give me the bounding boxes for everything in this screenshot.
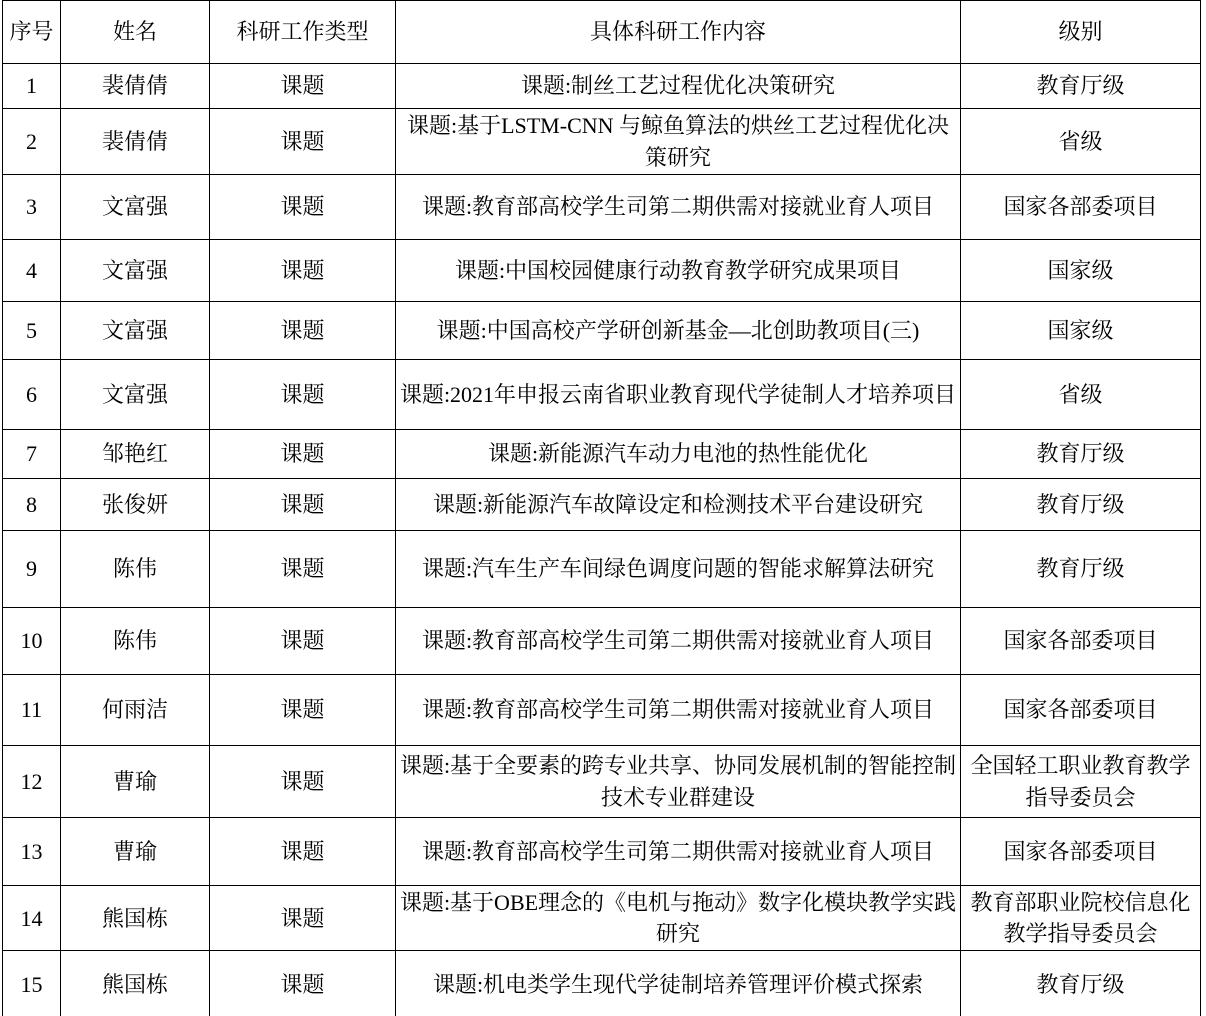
- table-row: 9 陈伟 课题 课题:汽车生产车间绿色调度问题的智能求解算法研究 教育厅级: [3, 531, 1201, 608]
- cell-name: 邹艳红: [61, 430, 210, 479]
- cell-content: 课题:基于OBE理念的《电机与拖动》数字化模块教学实践研究: [396, 886, 961, 951]
- table-row: 10 陈伟 课题 课题:教育部高校学生司第二期供需对接就业育人项目 国家各部委项…: [3, 608, 1201, 675]
- cell-level: 教育厅级: [961, 430, 1201, 479]
- table-row: 3 文富强 课题 课题:教育部高校学生司第二期供需对接就业育人项目 国家各部委项…: [3, 175, 1201, 240]
- cell-content: 课题:教育部高校学生司第二期供需对接就业育人项目: [396, 608, 961, 675]
- cell-level: 教育厅级: [961, 64, 1201, 109]
- cell-index: 15: [3, 951, 61, 1016]
- cell-name: 曹瑜: [61, 746, 210, 818]
- table-row: 12 曹瑜 课题 课题:基于全要素的跨专业共享、协同发展机制的智能控制技术专业群…: [3, 746, 1201, 818]
- cell-name: 熊国栋: [61, 951, 210, 1016]
- cell-index: 12: [3, 746, 61, 818]
- cell-index: 5: [3, 302, 61, 360]
- table-row: 2 裴倩倩 课题 课题:基于LSTM-CNN 与鲸鱼算法的烘丝工艺过程优化决策研…: [3, 109, 1201, 175]
- header-content: 具体科研工作内容: [396, 1, 961, 64]
- cell-level: 省级: [961, 360, 1201, 430]
- table-row: 4 文富强 课题 课题:中国校园健康行动教育教学研究成果项目 国家级: [3, 240, 1201, 302]
- cell-index: 4: [3, 240, 61, 302]
- table-row: 5 文富强 课题 课题:中国高校产学研创新基金—北创助教项目(三) 国家级: [3, 302, 1201, 360]
- cell-name: 文富强: [61, 240, 210, 302]
- cell-index: 8: [3, 479, 61, 531]
- cell-level: 教育部职业院校信息化教学指导委员会: [961, 886, 1201, 951]
- cell-index: 6: [3, 360, 61, 430]
- cell-name: 裴倩倩: [61, 64, 210, 109]
- table-row: 8 张俊妍 课题 课题:新能源汽车故障设定和检测技术平台建设研究 教育厅级: [3, 479, 1201, 531]
- table-header-row: 序号 姓名 科研工作类型 具体科研工作内容 级别: [3, 1, 1201, 64]
- cell-level: 国家各部委项目: [961, 175, 1201, 240]
- table-row: 11 何雨洁 课题 课题:教育部高校学生司第二期供需对接就业育人项目 国家各部委…: [3, 675, 1201, 746]
- cell-level: 国家各部委项目: [961, 675, 1201, 746]
- cell-level: 教育厅级: [961, 531, 1201, 608]
- table-row: 1 裴倩倩 课题 课题:制丝工艺过程优化决策研究 教育厅级: [3, 64, 1201, 109]
- cell-level: 教育厅级: [961, 479, 1201, 531]
- cell-level: 国家级: [961, 302, 1201, 360]
- table-row: 13 曹瑜 课题 课题:教育部高校学生司第二期供需对接就业育人项目 国家各部委项…: [3, 818, 1201, 886]
- cell-level: 国家级: [961, 240, 1201, 302]
- cell-name: 张俊妍: [61, 479, 210, 531]
- header-name: 姓名: [61, 1, 210, 64]
- cell-type: 课题: [210, 430, 396, 479]
- cell-type: 课题: [210, 109, 396, 175]
- cell-index: 13: [3, 818, 61, 886]
- cell-index: 11: [3, 675, 61, 746]
- cell-index: 9: [3, 531, 61, 608]
- cell-name: 裴倩倩: [61, 109, 210, 175]
- document-page: 序号 姓名 科研工作类型 具体科研工作内容 级别 1 裴倩倩 课题 课题:制丝工…: [0, 0, 1206, 1016]
- cell-type: 课题: [210, 479, 396, 531]
- cell-content: 课题:基于全要素的跨专业共享、协同发展机制的智能控制技术专业群建设: [396, 746, 961, 818]
- cell-name: 文富强: [61, 175, 210, 240]
- cell-type: 课题: [210, 360, 396, 430]
- table-row: 7 邹艳红 课题 课题:新能源汽车动力电池的热性能优化 教育厅级: [3, 430, 1201, 479]
- cell-content: 课题:中国校园健康行动教育教学研究成果项目: [396, 240, 961, 302]
- cell-type: 课题: [210, 818, 396, 886]
- cell-content: 课题:基于LSTM-CNN 与鲸鱼算法的烘丝工艺过程优化决策研究: [396, 109, 961, 175]
- cell-content: 课题:机电类学生现代学徒制培养管理评价模式探索: [396, 951, 961, 1016]
- cell-index: 14: [3, 886, 61, 951]
- cell-type: 课题: [210, 675, 396, 746]
- cell-index: 3: [3, 175, 61, 240]
- research-work-table: 序号 姓名 科研工作类型 具体科研工作内容 级别 1 裴倩倩 课题 课题:制丝工…: [2, 0, 1201, 1016]
- cell-level: 国家各部委项目: [961, 608, 1201, 675]
- cell-name: 文富强: [61, 360, 210, 430]
- cell-name: 熊国栋: [61, 886, 210, 951]
- cell-content: 课题:教育部高校学生司第二期供需对接就业育人项目: [396, 675, 961, 746]
- cell-type: 课题: [210, 531, 396, 608]
- cell-level: 教育厅级: [961, 951, 1201, 1016]
- cell-type: 课题: [210, 64, 396, 109]
- cell-content: 课题:制丝工艺过程优化决策研究: [396, 64, 961, 109]
- cell-name: 陈伟: [61, 608, 210, 675]
- cell-content: 课题:新能源汽车故障设定和检测技术平台建设研究: [396, 479, 961, 531]
- cell-name: 何雨洁: [61, 675, 210, 746]
- cell-index: 2: [3, 109, 61, 175]
- cell-type: 课题: [210, 240, 396, 302]
- cell-index: 10: [3, 608, 61, 675]
- cell-type: 课题: [210, 302, 396, 360]
- cell-content: 课题:中国高校产学研创新基金—北创助教项目(三): [396, 302, 961, 360]
- table-row: 6 文富强 课题 课题:2021年申报云南省职业教育现代学徒制人才培养项目 省级: [3, 360, 1201, 430]
- header-index: 序号: [3, 1, 61, 64]
- cell-content: 课题:新能源汽车动力电池的热性能优化: [396, 430, 961, 479]
- cell-type: 课题: [210, 175, 396, 240]
- cell-name: 曹瑜: [61, 818, 210, 886]
- cell-level: 省级: [961, 109, 1201, 175]
- cell-type: 课题: [210, 951, 396, 1016]
- cell-content: 课题:汽车生产车间绿色调度问题的智能求解算法研究: [396, 531, 961, 608]
- cell-name: 陈伟: [61, 531, 210, 608]
- table-row: 14 熊国栋 课题 课题:基于OBE理念的《电机与拖动》数字化模块教学实践研究 …: [3, 886, 1201, 951]
- cell-content: 课题:2021年申报云南省职业教育现代学徒制人才培养项目: [396, 360, 961, 430]
- cell-index: 1: [3, 64, 61, 109]
- cell-content: 课题:教育部高校学生司第二期供需对接就业育人项目: [396, 175, 961, 240]
- cell-level: 全国轻工职业教育教学指导委员会: [961, 746, 1201, 818]
- cell-level: 国家各部委项目: [961, 818, 1201, 886]
- header-level: 级别: [961, 1, 1201, 64]
- cell-type: 课题: [210, 608, 396, 675]
- table-row: 15 熊国栋 课题 课题:机电类学生现代学徒制培养管理评价模式探索 教育厅级: [3, 951, 1201, 1016]
- cell-name: 文富强: [61, 302, 210, 360]
- cell-type: 课题: [210, 746, 396, 818]
- header-type: 科研工作类型: [210, 1, 396, 64]
- cell-content: 课题:教育部高校学生司第二期供需对接就业育人项目: [396, 818, 961, 886]
- cell-index: 7: [3, 430, 61, 479]
- cell-type: 课题: [210, 886, 396, 951]
